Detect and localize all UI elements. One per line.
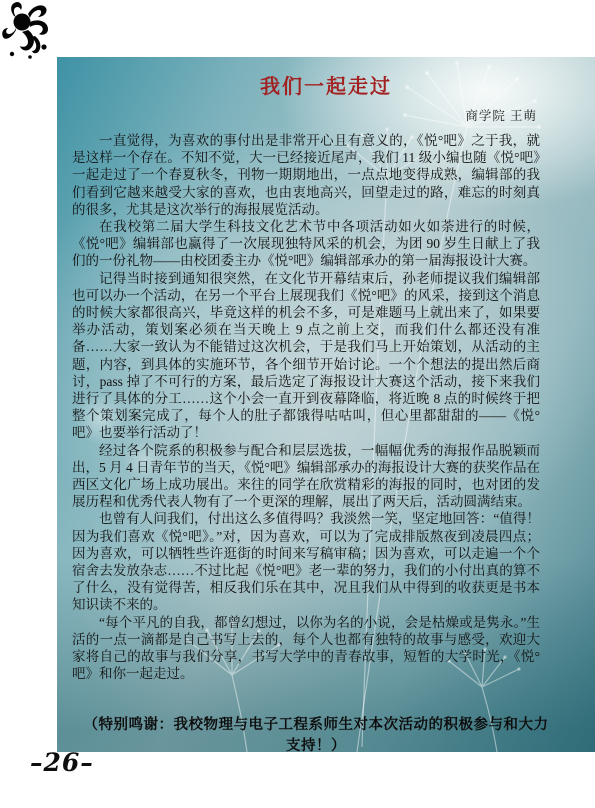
article-paragraph: 记得当时接到通知很突然，在文化节开幕结束后，孙老师提议我们编辑部也可以办一个活动… <box>72 270 540 442</box>
article-paragraph: “每个平凡的自我，都曾幻想过，以你为名的小说，会是枯燥或是隽永。”生活的一点一滴… <box>72 614 540 683</box>
acknowledgement-line: （特别鸣谢：我校物理与电子工程系师生对本次活动的积极参与和大力支持！） <box>77 713 555 755</box>
article-paragraph: 一直觉得，为喜欢的事付出是非常开心且有意义的，《悦°吧》之于我，就是这样一个存在… <box>72 132 540 218</box>
damask-flourish-icon <box>2 2 52 62</box>
article-paragraph: 也曾有人问我们，付出这么多值得吗？我淡然一笑，坚定地回答：“值得！因为我们喜欢《… <box>72 510 540 613</box>
article-title: 我们一起走过 <box>57 70 595 99</box>
article-byline: 商学院 王萌 <box>57 106 537 124</box>
article-paragraph: 在我校第二届大学生科技文化艺术节中各项活动如火如荼进行的时候，《悦°吧》编辑部也… <box>72 218 540 270</box>
article-photo-region: 我们一起走过 商学院 王萌 一直觉得，为喜欢的事付出是非常开心且有意义的，《悦°… <box>57 57 595 752</box>
article-paragraph: 经过各个院系的积极参与配合和层层选拔，一幅幅优秀的海报作品脱颖而出，5 月 4 … <box>72 442 540 511</box>
page-number: –26– <box>30 748 94 777</box>
article-body: 一直觉得，为喜欢的事付出是非常开心且有意义的，《悦°吧》之于我，就是这样一个存在… <box>72 132 540 683</box>
magazine-page: { "article": { "title": "我们一起走过", "bylin… <box>0 0 595 808</box>
damask-corner-ornament <box>2 2 52 62</box>
